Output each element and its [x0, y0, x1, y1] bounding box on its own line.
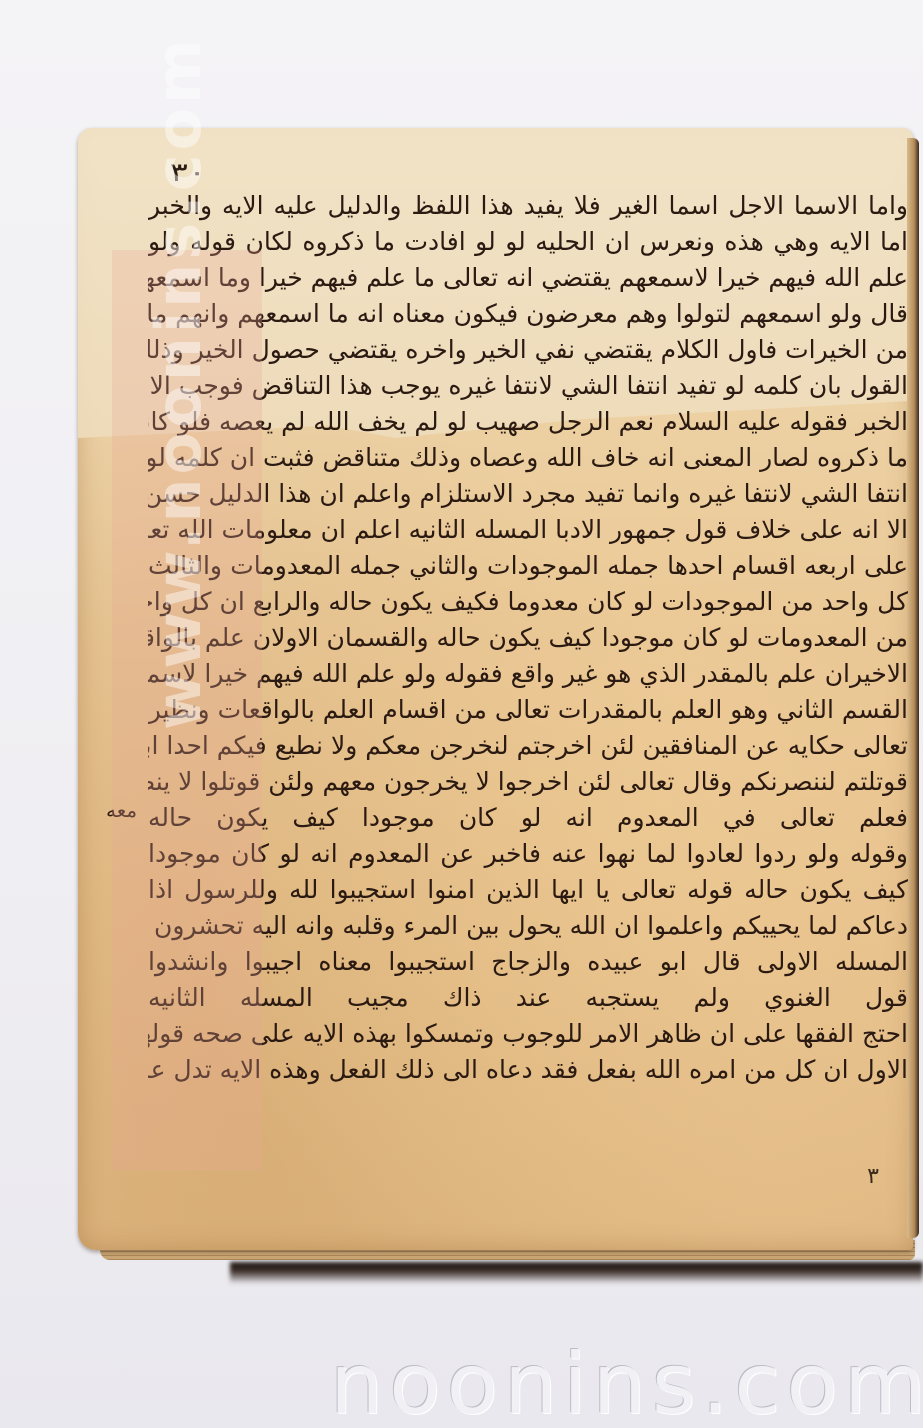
side-watermark-text: www.noonins.com: [142, 35, 215, 730]
text-line-11: على اربعه اقسام احدها جمله الموجودات وال…: [148, 548, 908, 584]
bottom-watermark: noonins.com: [330, 1335, 923, 1428]
text-line-5: من الخيرات فاول الكلام يقتضي نفي الخير و…: [148, 332, 908, 368]
text-line-6: القول بان كلمه لو تفيد انتفا الشي لانتفا…: [148, 368, 908, 404]
text-line-10: الا انه على خلاف قول جمهور الادبا المسله…: [148, 512, 908, 548]
page-right-edge: [907, 138, 919, 1238]
text-line-7: الخبر فقوله عليه السلام نعم الرجل صهيب ل…: [148, 404, 908, 440]
text-line-20: كيف يكون حاله قوله تعالى يا ايها الذين ا…: [148, 872, 908, 908]
text-line-15: القسم الثاني وهو العلم بالمقدرات تعالى م…: [148, 692, 908, 728]
text-line-1: واما الاسما الاجل اسما الغير فلا يفيد هذ…: [148, 188, 908, 224]
text-line-17: قوتلتم لننصرنكم وقال تعالى لئن اخرجوا لا…: [148, 764, 908, 800]
text-line-21: دعاكم لما يحييكم واعلموا ان الله يحول بي…: [148, 908, 908, 944]
text-line-2: اما الايه وهي هذه ونعرس ان الحليه لو لو …: [148, 224, 908, 260]
text-line-13: من المعدومات لو كان موجودا كيف يكون حاله…: [148, 620, 908, 656]
text-line-24: احتج الفقها على ان ظاهر الامر للوجوب وتم…: [148, 1016, 908, 1052]
text-line-8: ما ذكروه لصار المعنى انه خاف الله وعصاه …: [148, 440, 908, 476]
text-line-3: علم الله فيهم خيرا لاسمعهم يقتضي انه تعا…: [148, 260, 908, 296]
text-line-23: قول الغنوي ولم يستجبه عند ذاك مجيب المسل…: [148, 980, 908, 1016]
text-line-22: المسله الاولى قال ابو عبيده والزجاج استج…: [148, 944, 908, 980]
text-line-12: كل واحد من الموجودات لو كان معدوما فكيف …: [148, 584, 908, 620]
text-line-14: الاخيران علم بالمقدر الذي هو غير واقع فق…: [148, 656, 908, 692]
manuscript-text: واما الاسما الاجل اسما الغير فلا يفيد هذ…: [148, 188, 908, 1088]
text-line-4: قال ولو اسمعهم لتولوا وهم معرضون فيكون م…: [148, 296, 908, 332]
text-line-9: انتفا الشي لانتفا غيره وانما تفيد مجرد ا…: [148, 476, 908, 512]
catchword-mark: ٣: [867, 1164, 879, 1189]
text-line-25: الاول ان كل من امره الله بفعل فقد دعاه ا…: [148, 1052, 908, 1088]
text-line-16: تعالى حكايه عن المنافقين لئن اخرجتم لنخر…: [148, 728, 908, 764]
book-shadow: [230, 1262, 923, 1284]
side-watermark-band: www.noonins.com: [112, 250, 262, 1170]
text-line-18: فعلم تعالى في المعدوم انه لو كان موجودا …: [148, 800, 908, 836]
text-line-19: وقوله ولو ردوا لعادوا لما نهوا عنه فاخبر…: [148, 836, 908, 872]
